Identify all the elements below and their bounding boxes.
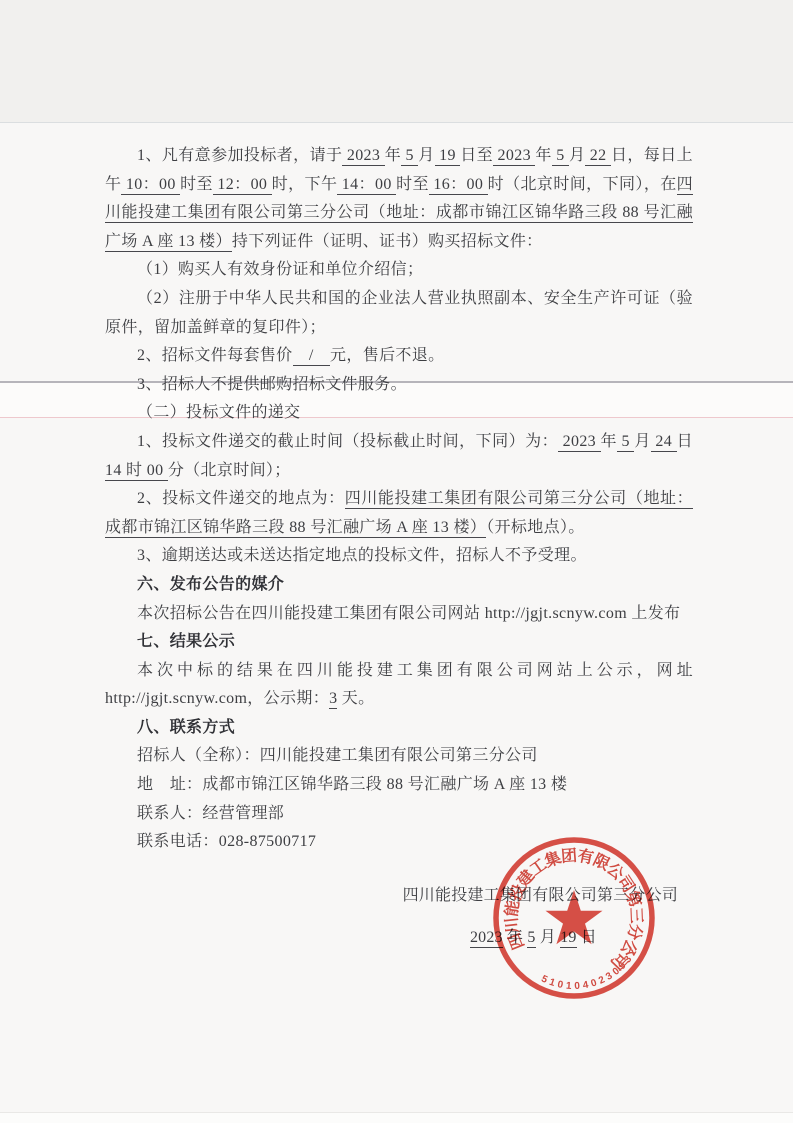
text-segment: 日至 [460,147,493,164]
paragraph-submission-place: 2、投标文件递交的地点为：四川能投建工集团有限公司第三分公司（地址：成都市锦江区… [105,485,693,542]
text-segment: 时（北京时间，下同），在 [488,176,677,193]
underlined-text: / [293,347,331,366]
seal-star-icon [546,890,603,944]
underlined-text: 2023 [558,433,600,452]
text-segment: 本次招标公告在四川能投建工集团有限公司网站 http://jgjt.scnyw.… [137,605,680,622]
text-segment: 本次中标的结果在四川能投建工集团有限公司网站上公示，网址 http://jgjt… [105,662,693,708]
text-segment: 2、投标文件递交的地点为： [137,490,345,507]
text-segment: 月 [634,433,651,450]
paragraph-deadline: 1、投标文件递交的截止时间（投标截止时间，下同）为： 2023 年 5 月 24… [105,428,693,485]
underlined-text: 19 [435,147,461,166]
text-segment: 时至 [180,176,213,193]
text-segment: 2、招标文件每套售价 [137,347,293,364]
text-segment: 日 [677,433,693,450]
paragraph-late-submission: 3、逾期送达或未送达指定地点的投标文件，招标人不予受理。 [105,542,693,571]
text-segment: （2）注册于中华人民共和国的企业法人营业执照副本、安全生产许可证（验原件，留加盖… [105,290,693,336]
paragraph-section-submission: （二）投标文件的递交 [105,399,693,428]
scan-page-edge-line [0,122,793,123]
text-segment: （1）购买人有效身份证和单位介绍信； [137,261,423,278]
paragraph-bid-purchase-time: 1、凡有意参加投标者，请于 2023 年 5 月 19 日至 2023 年 5 … [105,142,693,256]
text-segment: 八、联系方式 [137,719,235,736]
text-segment: 元，售后不退。 [330,347,444,364]
text-segment: 月 [569,147,585,164]
underlined-text: 5 [552,147,569,166]
text-segment: 3、逾期送达或未送达指定地点的投标文件，招标人不予受理。 [137,547,587,564]
heading-result-publicity: 七、结果公示 [105,628,693,657]
text-segment: 年 [601,433,618,450]
paragraph-tenderer-name: 招标人（全称）：四川能投建工集团有限公司第三分公司 [105,742,693,771]
text-segment: 联系人：经营管理部 [137,805,284,822]
text-segment: 1、凡有意参加投标者，请于 [137,147,342,164]
underlined-text: 12：00 [213,176,272,195]
text-segment: 时至 [396,176,429,193]
underlined-text: 14 时 00 [105,462,168,481]
text-segment: 招标人（全称）：四川能投建工集团有限公司第三分公司 [137,747,538,764]
official-seal: 四川能投建工集团有限公司第三分公司 5101040230932 [484,828,664,1008]
document-body: 1、凡有意参加投标者，请于 2023 年 5 月 19 日至 2023 年 5 … [105,142,693,857]
scan-top-margin-band [0,0,793,122]
paragraph-document-price: 2、招标文件每套售价 / 元，售后不退。 [105,342,693,371]
underlined-text: 5 [617,433,634,452]
text-segment: 地 址：成都市锦江区锦华路三段 88 号汇融广场 A 座 13 楼 [137,776,567,793]
underlined-text: 16：00 [429,176,488,195]
paragraph-announcement-website: 本次招标公告在四川能投建工集团有限公司网站 http://jgjt.scnyw.… [105,600,693,629]
paragraph-contact-person: 联系人：经营管理部 [105,800,693,829]
underlined-text: 22 [585,147,611,166]
underlined-text: 24 [651,433,677,452]
text-segment: 天。 [337,690,374,707]
heading-announcement-media: 六、发布公告的媒介 [105,571,693,600]
underlined-text: 5 [401,147,418,166]
text-segment: 1、投标文件递交的截止时间（投标截止时间，下同）为： [137,433,558,450]
paragraph-address: 地 址：成都市锦江区锦华路三段 88 号汇融广场 A 座 13 楼 [105,771,693,800]
text-segment: 时，下午 [272,176,338,193]
text-segment: （开标地点）。 [486,519,584,536]
text-segment: 年 [385,147,401,164]
text-segment: 年 [535,147,551,164]
underlined-text: 14：00 [337,176,396,195]
paragraph-result-website: 本次中标的结果在四川能投建工集团有限公司网站上公示，网址 http://jgjt… [105,657,693,714]
text-segment: 七、结果公示 [137,633,235,650]
text-segment: 持下列证件（证明、证书）购买招标文件： [232,233,543,250]
text-segment: 分（北京时间）； [168,462,291,479]
paragraph-cert-license: （2）注册于中华人民共和国的企业法人营业执照副本、安全生产许可证（验原件，留加盖… [105,285,693,342]
scan-bottom-margin-band [0,1112,793,1123]
text-segment: （二）投标文件的递交 [137,404,301,421]
underlined-text: 2023 [493,147,535,166]
underlined-text: 2023 [342,147,384,166]
paragraph-cert-id: （1）购买人有效身份证和单位介绍信； [105,256,693,285]
text-segment: 月 [418,147,434,164]
text-segment: 六、发布公告的媒介 [137,576,284,593]
text-segment: 3、招标人不提供邮购招标文件服务。 [137,376,407,393]
heading-contact: 八、联系方式 [105,714,693,743]
text-segment: 联系电话：028-87500717 [137,833,316,850]
underlined-text: 10：00 [121,176,180,195]
paragraph-no-mail-order: 3、招标人不提供邮购招标文件服务。 [105,371,693,400]
